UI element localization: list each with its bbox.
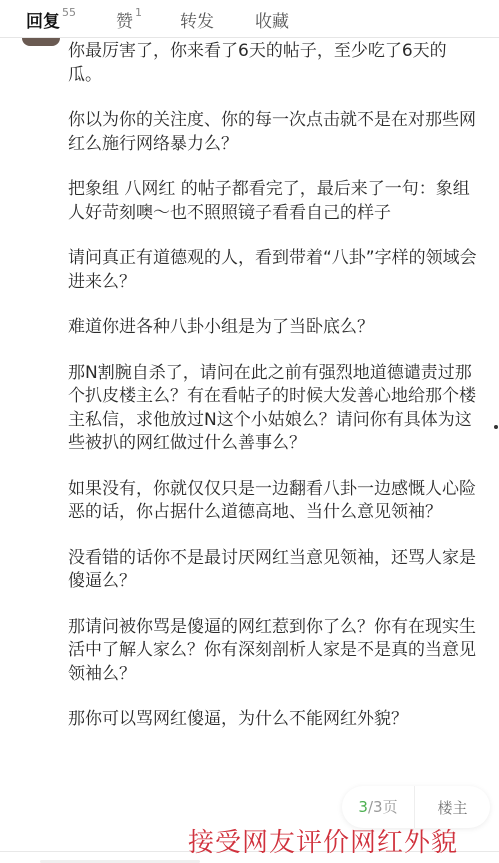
post-paragraph: 你最厉害了，你来看了6天的帖子，至少吃了6天的瓜。 [68, 40, 478, 87]
tab-like-label: 赞 [116, 12, 133, 32]
tab-forward-label: 转发 [180, 12, 214, 32]
post-paragraph: 把象组 八网红 的帖子都看完了，最后来了一句：象组人好苛刻噢～也不照照镜子看看自… [68, 178, 478, 225]
avatar[interactable] [22, 38, 60, 46]
tab-forward[interactable]: 转发 [180, 7, 214, 32]
post-paragraph: 如果没有，你就仅仅只是一边翻看八卦一边感慨人心险恶的话，你占据什么道德高地、当什… [68, 478, 478, 525]
tab-reply[interactable]: 回复55 [26, 7, 76, 32]
tab-favorite[interactable]: 收藏 [255, 7, 289, 32]
post-paragraph: 那请问被你骂是傻逼的网红惹到你了么？你有在现实生活中了解人家么？你有深刻剖析人家… [68, 616, 478, 687]
total-pages: /3页 [368, 798, 398, 816]
post-paragraph: 请问真正有道德观的人，看到带着“八卦”字样的领域会进来么？ [68, 247, 478, 294]
image-caption-overlay: 接受网友评价网红外貌 [188, 822, 458, 859]
post-body: 你最厉害了，你来看了6天的帖子，至少吃了6天的瓜。 你以为你的关注度、你的每一次… [68, 40, 478, 754]
post-paragraph: 那N割腕自杀了，请问在此之前有强烈地道德谴责过那个扒皮楼主么？有在看帖子的时候大… [68, 362, 478, 456]
tab-reply-label: 回复 [26, 12, 60, 32]
tab-favorite-label: 收藏 [255, 12, 289, 32]
reply-count: 55 [62, 6, 76, 19]
like-count: 1 [135, 6, 142, 19]
post-paragraph: 那你可以骂网红傻逼，为什么不能网红外貌？ [68, 708, 478, 732]
only-owner-button[interactable]: 楼主 [415, 797, 490, 818]
tab-like[interactable]: 赞1 [116, 7, 142, 32]
scroll-indicator-dot [494, 425, 498, 429]
post-paragraph: 没看错的话你不是最讨厌网红当意见领袖，还骂人家是傻逼么？ [68, 547, 478, 594]
current-page: 3 [358, 798, 368, 816]
tab-bar: 回复55 赞1 转发 收藏 [0, 0, 499, 38]
post-paragraph: 你以为你的关注度、你的每一次点击就不是在对那些网红么施行网络暴力么？ [68, 109, 478, 156]
post-paragraph: 难道你进各种八卦小组是为了当卧底么？ [68, 316, 478, 340]
